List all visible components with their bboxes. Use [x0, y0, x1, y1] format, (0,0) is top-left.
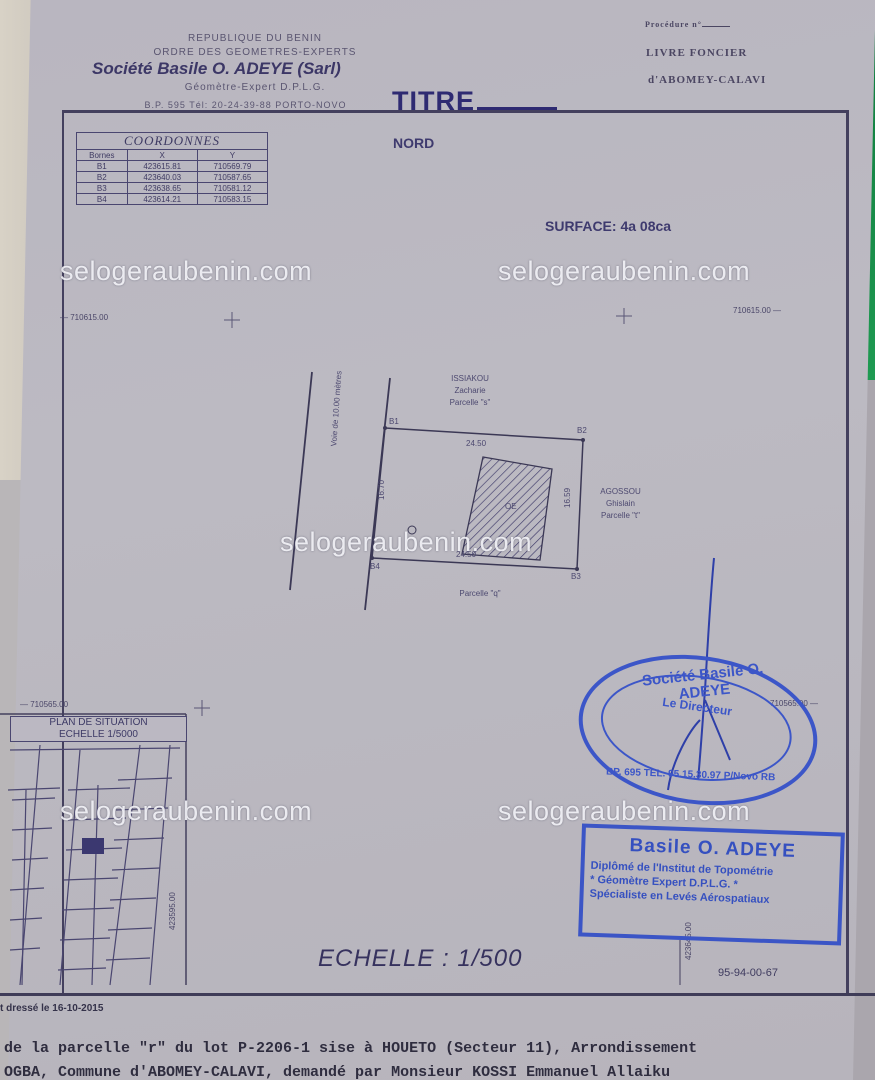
- neighbor-north: ISSIAKOUZacharieParcelle "s": [420, 373, 520, 409]
- footer-line-2: OGBA, Commune d'ABOMEY-CALAVI, demandé p…: [4, 1064, 670, 1080]
- neighbor-east: AGOSSOUGhislainParcelle "t": [588, 486, 653, 522]
- footer-line-1: de la parcelle "r" du lot P-2206-1 sise …: [4, 1040, 697, 1057]
- corner-b2: B2: [577, 425, 587, 437]
- watermark: selogeraubenin.com: [498, 796, 750, 827]
- watermark: selogeraubenin.com: [60, 256, 312, 287]
- dimension-top: 24.50: [466, 438, 486, 450]
- corner-b3: B3: [571, 571, 581, 583]
- footer-date: t dressé le 16-10-2015: [0, 1003, 103, 1014]
- reference-number: 95-94-00-67: [718, 967, 778, 979]
- watermark: selogeraubenin.com: [60, 796, 312, 827]
- dimension-left: 16.70: [376, 480, 388, 500]
- dimension-right: 16.59: [562, 488, 574, 508]
- scale-label: ECHELLE : 1/500: [318, 945, 522, 973]
- watermark: selogeraubenin.com: [280, 527, 532, 558]
- neighbor-south: Parcelle "q": [440, 588, 520, 600]
- corner-b1: B1: [389, 416, 399, 428]
- watermark: selogeraubenin.com: [498, 256, 750, 287]
- corner-b4: B4: [370, 561, 380, 573]
- footer-divider: [0, 993, 875, 996]
- stamp-rect-name: Basile O. ADEYE: [585, 834, 841, 865]
- surveyor-rect-stamp: Basile O. ADEYE Diplômé de l'Institut de…: [578, 823, 845, 945]
- situation-plan-title: PLAN DE SITUATIONECHELLE 1/5000: [10, 716, 187, 742]
- building-label: OE: [505, 501, 517, 513]
